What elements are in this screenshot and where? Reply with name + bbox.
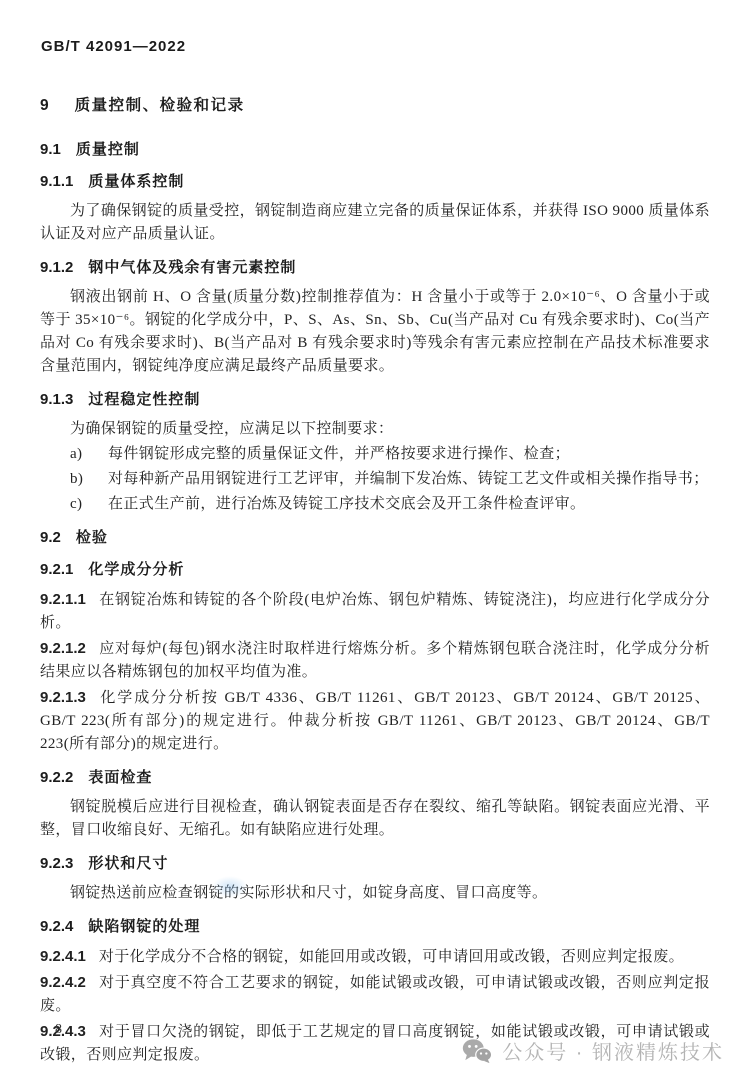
subsection-heading-9-2-3: 9.2.3形状和尺寸 [40, 854, 710, 874]
list-label: a) [70, 443, 108, 466]
clause-number: 9 [40, 97, 49, 114]
text: 形状和尺寸 [88, 855, 168, 872]
list-label: c) [70, 493, 108, 516]
text: 为了确保钢锭的质量受控，钢锭制造商应建立完备的质量保证体系，并获得 ISO 90… [40, 203, 710, 242]
paragraph-9-2-3: 钢锭热送前应检查钢锭的实际形状和尺寸，如锭身高度、冒口高度等。 [40, 882, 710, 905]
section-heading-9: 9质量控制、检验和记录 [40, 96, 710, 116]
clause-number: 9.2.4.2 [40, 974, 86, 991]
clause-number: 9.1.1 [40, 173, 73, 190]
text: 表面检查 [88, 769, 152, 786]
clause-number: 9.2 [40, 529, 61, 546]
list-item-c: c)在正式生产前，进行冶炼及铸锭工序技术交底会及开工条件检查评审。 [40, 493, 710, 516]
doc-header: GB/T 42091—2022 [41, 38, 186, 55]
text: 在正式生产前，进行冶炼及铸锭工序技术交底会及开工条件检查评审。 [108, 496, 585, 512]
text: 钢液出钢前 H、O 含量(质量分数)控制推荐值为：H 含量小于或等于 2.0×1… [40, 289, 710, 374]
list-item-a: a)每件钢锭形成完整的质量保证文件，并严格按要求进行操作、检查； [40, 443, 710, 466]
text: 对每种新产品用钢锭进行工艺评审，并编制下发冶炼、铸锭工艺文件或相关操作指导书； [108, 471, 709, 487]
clause-number: 9.1 [40, 141, 61, 158]
text: 缺陷钢锭的处理 [88, 918, 200, 935]
subsection-heading-9-1-1: 9.1.1质量体系控制 [40, 172, 710, 192]
text: 对于化学成分不合格的钢锭，如能回用或改锻，可申请回用或改锻，否则应判定报废。 [99, 949, 684, 965]
clause-number: 9.2.4.3 [40, 1023, 86, 1040]
subsection-heading-9-1-2: 9.1.2钢中气体及残余有害元素控制 [40, 258, 710, 278]
numbered-paragraph-9-2-4-2: 9.2.4.2对于真空度不符合工艺要求的钢锭，如能试锻或改锻，可申请试锻或改锻，… [40, 971, 710, 1018]
wechat-icon [462, 1038, 492, 1064]
text: 钢锭热送前应检查钢锭的实际形状和尺寸，如锭身高度、冒口高度等。 [70, 885, 547, 901]
watermark: 公众号 · 钢液精炼技术 [462, 1036, 724, 1065]
subsection-heading-9-2-4: 9.2.4缺陷钢锭的处理 [40, 917, 710, 937]
clause-number: 9.2.4.1 [40, 948, 86, 965]
text: 过程稳定性控制 [88, 391, 200, 408]
paragraph-9-2-2: 钢锭脱模后应进行目视检查，确认钢锭表面是否存在裂纹、缩孔等缺陷。钢锭表面应光滑、… [40, 796, 710, 842]
list-label: b) [70, 468, 108, 491]
clause-number: 9.2.1.1 [40, 591, 86, 608]
text: 钢中气体及残余有害元素控制 [88, 259, 296, 276]
clause-number: 9.2.1.3 [40, 689, 86, 706]
text: 应对每炉(每包)钢水浇注时取样进行熔炼分析。多个精炼钢包联合浇注时，化学成分分析… [40, 641, 710, 680]
text: 对于真空度不符合工艺要求的钢锭，如能试锻或改锻，可申请试锻或改锻，否则应判定报废… [40, 975, 710, 1014]
numbered-paragraph-9-2-1-2: 9.2.1.2应对每炉(每包)钢水浇注时取样进行熔炼分析。多个精炼钢包联合浇注时… [40, 637, 710, 684]
document-body: 9质量控制、检验和记录9.1质量控制9.1.1质量体系控制为了确保钢锭的质量受控… [40, 96, 710, 1069]
subsection-heading-9-2-1: 9.2.1化学成分分析 [40, 560, 710, 580]
clause-number: 9.2.4 [40, 918, 73, 935]
paragraph-9-1-1: 为了确保钢锭的质量受控，钢锭制造商应建立完备的质量保证体系，并获得 ISO 90… [40, 200, 710, 246]
text: 钢锭脱模后应进行目视检查，确认钢锭表面是否存在裂纹、缩孔等缺陷。钢锭表面应光滑、… [40, 799, 710, 838]
subsection-heading-9-1-3: 9.1.3过程稳定性控制 [40, 390, 710, 410]
numbered-paragraph-9-2-4-1: 9.2.4.1对于化学成分不合格的钢锭，如能回用或改锻，可申请回用或改锻，否则应… [40, 945, 710, 969]
subsection-heading-9-1: 9.1质量控制 [40, 140, 710, 160]
page-number: 8 [55, 1022, 62, 1038]
text: 每件钢锭形成完整的质量保证文件，并严格按要求进行操作、检查； [108, 446, 570, 462]
text: 在钢锭冶炼和铸锭的各个阶段(电炉冶炼、钢包炉精炼、铸锭浇注)，均应进行化学成分分… [40, 592, 710, 631]
text: 质量体系控制 [88, 173, 184, 190]
text: 检验 [76, 529, 108, 546]
numbered-paragraph-9-2-1-1: 9.2.1.1在钢锭冶炼和铸锭的各个阶段(电炉冶炼、钢包炉精炼、铸锭浇注)，均应… [40, 588, 710, 635]
clause-number: 9.2.1 [40, 561, 73, 578]
text: 为确保钢锭的质量受控，应满足以下控制要求： [70, 421, 393, 437]
clause-number: 9.1.3 [40, 391, 73, 408]
clause-number: 9.2.1.2 [40, 640, 86, 657]
list-item-b: b)对每种新产品用钢锭进行工艺评审，并编制下发冶炼、铸锭工艺文件或相关操作指导书… [40, 468, 710, 491]
subsection-heading-9-2: 9.2检验 [40, 528, 710, 548]
subsection-heading-9-2-2: 9.2.2表面检查 [40, 768, 710, 788]
text: 质量控制 [76, 141, 140, 158]
paragraph-9-1-2: 钢液出钢前 H、O 含量(质量分数)控制推荐值为：H 含量小于或等于 2.0×1… [40, 286, 710, 378]
numbered-paragraph-9-2-1-3: 9.2.1.3化学成分分析按 GB/T 4336、GB/T 11261、GB/T… [40, 686, 710, 756]
clause-number: 9.2.3 [40, 855, 73, 872]
text: 质量控制、检验和记录 [75, 97, 245, 114]
clause-number: 9.2.2 [40, 769, 73, 786]
text: 化学成分分析 [88, 561, 184, 578]
clause-number: 9.1.2 [40, 259, 73, 276]
paragraph-9-1-3-intro: 为确保钢锭的质量受控，应满足以下控制要求： [40, 418, 710, 441]
text: 化学成分分析按 GB/T 4336、GB/T 11261、GB/T 20123、… [40, 690, 710, 752]
watermark-label: 公众号 · 钢液精炼技术 [502, 1036, 724, 1065]
